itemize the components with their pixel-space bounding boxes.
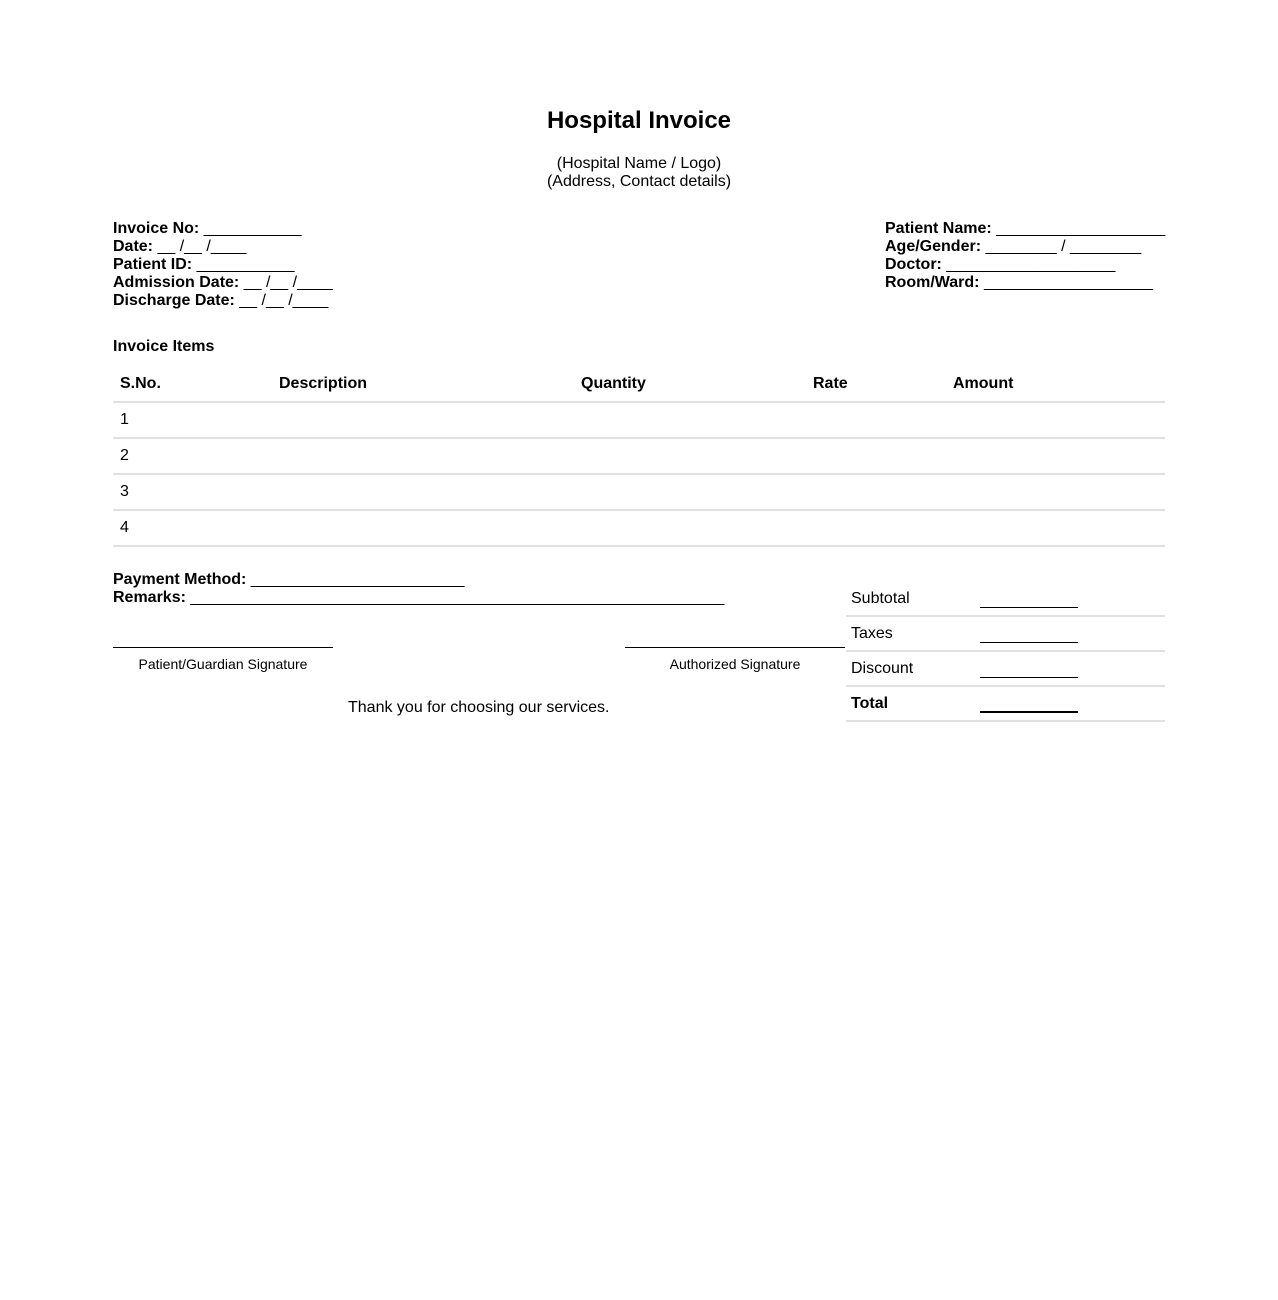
table-header-row: S.No. Description Quantity Rate Amount bbox=[113, 367, 1165, 402]
admission-date-field[interactable]: Admission Date: __ /__ /____ bbox=[113, 274, 333, 292]
hospital-address: (Address, Contact details) bbox=[0, 173, 1278, 191]
room-ward-field[interactable]: Room/Ward: ___________________ bbox=[885, 274, 1165, 292]
table-row: 1 bbox=[113, 402, 1165, 438]
invoice-title: Hospital Invoice bbox=[0, 107, 1278, 135]
date-field[interactable]: Date: __ /__ /____ bbox=[113, 238, 333, 256]
col-rate: Rate bbox=[806, 367, 946, 402]
payment-method-field[interactable]: Payment Method: ________________________ bbox=[113, 571, 464, 589]
subtotal-label: Subtotal bbox=[846, 582, 975, 616]
patient-signature-line[interactable] bbox=[113, 647, 333, 648]
invoice-details: Invoice No: ___________ Date: __ /__ /__… bbox=[113, 220, 333, 310]
totals-table: Subtotal Taxes Discount Total bbox=[846, 582, 1165, 722]
authorized-signature-label: Authorized Signature bbox=[625, 656, 845, 672]
patient-name-field[interactable]: Patient Name: ___________________ bbox=[885, 220, 1165, 238]
thank-you-message: Thank you for choosing our services. bbox=[348, 699, 609, 717]
patient-id-field[interactable]: Patient ID: ___________ bbox=[113, 256, 333, 274]
total-label: Total bbox=[846, 686, 975, 721]
invoice-no-field[interactable]: Invoice No: ___________ bbox=[113, 220, 333, 238]
discount-value[interactable] bbox=[975, 651, 1165, 686]
col-description: Description bbox=[272, 367, 574, 402]
discount-label: Discount bbox=[846, 651, 975, 686]
patient-details: Patient Name: ___________________ Age/Ge… bbox=[885, 220, 1165, 292]
taxes-row: Taxes bbox=[846, 616, 1165, 651]
authorized-signature-line[interactable] bbox=[625, 647, 845, 648]
table-row: 3 bbox=[113, 474, 1165, 510]
age-gender-field[interactable]: Age/Gender: ________ / ________ bbox=[885, 238, 1165, 256]
col-sno: S.No. bbox=[113, 367, 272, 402]
invoice-items-table: S.No. Description Quantity Rate Amount 1… bbox=[113, 367, 1165, 547]
invoice-items-heading: Invoice Items bbox=[113, 338, 214, 356]
col-amount: Amount bbox=[946, 367, 1165, 402]
table-row: 4 bbox=[113, 510, 1165, 546]
patient-signature-label: Patient/Guardian Signature bbox=[113, 656, 333, 672]
subtotal-value[interactable] bbox=[975, 582, 1165, 616]
total-row: Total bbox=[846, 686, 1165, 721]
col-quantity: Quantity bbox=[574, 367, 806, 402]
doctor-field[interactable]: Doctor: ___________________ bbox=[885, 256, 1165, 274]
subtotal-row: Subtotal bbox=[846, 582, 1165, 616]
discount-row: Discount bbox=[846, 651, 1165, 686]
hospital-name: (Hospital Name / Logo) bbox=[0, 155, 1278, 173]
taxes-label: Taxes bbox=[846, 616, 975, 651]
table-row: 2 bbox=[113, 438, 1165, 474]
total-value[interactable] bbox=[975, 686, 1165, 721]
discharge-date-field[interactable]: Discharge Date: __ /__ /____ bbox=[113, 292, 333, 310]
taxes-value[interactable] bbox=[975, 616, 1165, 651]
remarks-field[interactable]: Remarks: _______________________________… bbox=[113, 589, 724, 607]
